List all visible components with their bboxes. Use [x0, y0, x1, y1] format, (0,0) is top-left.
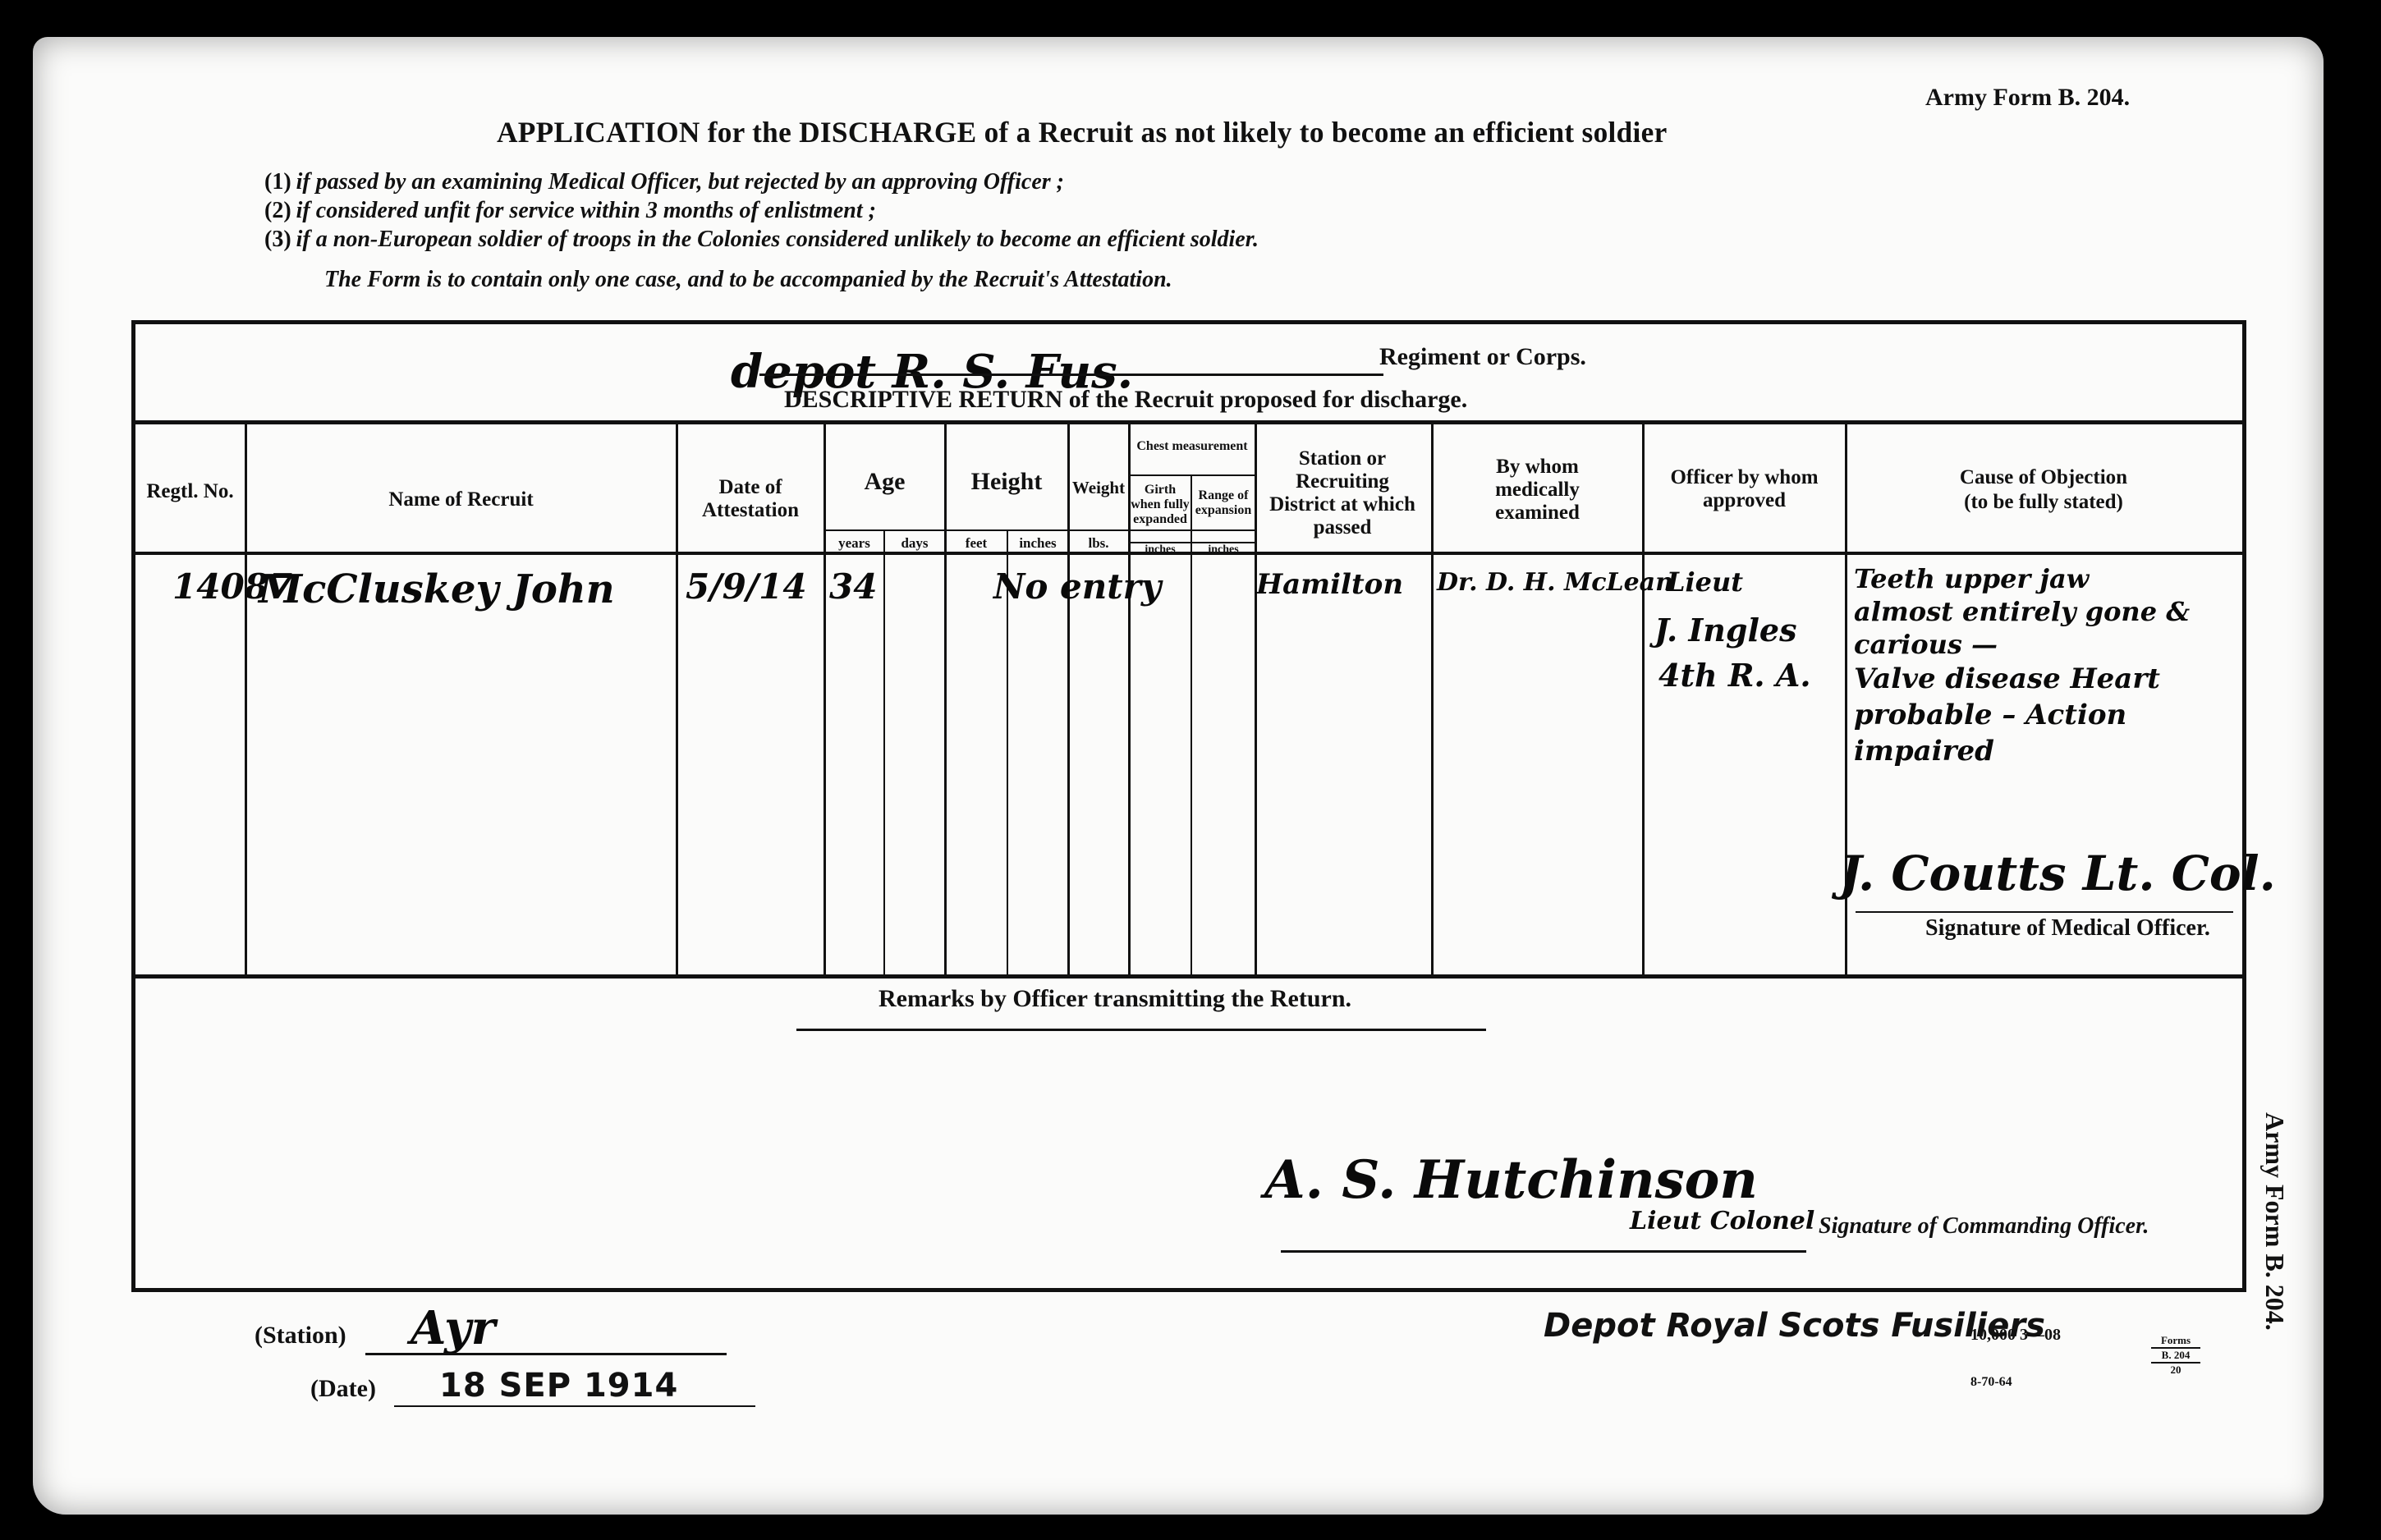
- col-divider: [1255, 424, 1257, 976]
- cell-station: Hamilton: [1256, 568, 1403, 601]
- forms-ref-bottom: 20: [2151, 1364, 2200, 1377]
- forms-reference: Forms B. 204 20: [2151, 1334, 2200, 1377]
- remarks-heading: Remarks by Officer transmitting the Retu…: [879, 985, 1351, 1013]
- condition-1: (1)if passed by an examining Medical Off…: [264, 168, 1064, 196]
- condition-text: if a non-European soldier of troops in t…: [296, 227, 1259, 252]
- cell-cause: Teeth upper jaw almost entirely gone & c…: [1854, 562, 2190, 769]
- commanding-officer-signature: A. S. Hutchinson: [1264, 1149, 1758, 1211]
- header-age: Age: [825, 468, 944, 496]
- header-regtl-no: Regtl. No.: [135, 480, 245, 503]
- cause-line: probable – Action: [1854, 697, 2190, 733]
- station-underline: [365, 1353, 727, 1355]
- regiment-label: Regiment or Corps.: [1379, 343, 1586, 371]
- print-code-secondary: 8-70-64: [1970, 1375, 2012, 1390]
- header-approved-by: Officer by whom approved: [1644, 466, 1845, 512]
- col-divider: [883, 529, 885, 976]
- cause-line: impaired: [1854, 733, 2190, 769]
- condition-3: (3)if a non-European soldier of troops i…: [264, 226, 1259, 254]
- medical-officer-label: Signature of Medical Officer.: [1925, 915, 2210, 942]
- header-age-years: years: [825, 535, 883, 552]
- station-label: (Station): [255, 1322, 346, 1350]
- header-name: Name of Recruit: [246, 488, 676, 511]
- header-height-feet: feet: [946, 535, 1007, 552]
- scan-edge: [2324, 0, 2381, 1540]
- commanding-officer-rank: Lieut Colonel: [1630, 1207, 1814, 1235]
- header-height-inches: inches: [1008, 535, 1067, 552]
- cause-line: Valve disease Heart: [1854, 661, 2190, 697]
- cause-line: Teeth upper jaw: [1854, 562, 2190, 595]
- cell-name: McCluskey John: [259, 566, 615, 612]
- cell-approved-by-rank: Lieut: [1667, 566, 1743, 598]
- header-weight-lbs: lbs.: [1069, 535, 1128, 552]
- form-note: The Form is to contain only one case, an…: [324, 267, 1172, 293]
- form-title: APPLICATION for the DISCHARGE of a Recru…: [497, 115, 1668, 149]
- cause-line: almost entirely gone &: [1854, 595, 2190, 628]
- regiment-underline: [759, 374, 1383, 376]
- header-date-attestation: Date of Attestation: [677, 476, 823, 522]
- header-chest-girth-unit: inches: [1130, 543, 1190, 557]
- condition-number: (2): [264, 198, 291, 223]
- condition-text: if passed by an examining Medical Office…: [296, 169, 1064, 195]
- header-chest-range-unit: inches: [1192, 543, 1255, 557]
- date-underline: [394, 1405, 755, 1407]
- print-code: 10,000 3—08: [1970, 1326, 2061, 1345]
- cell-date-attestation: 5/9/14: [686, 566, 807, 607]
- cell-approved-by-unit: 4th R. A.: [1658, 657, 1811, 694]
- station-value: Ayr: [411, 1301, 495, 1355]
- cause-line: carious —: [1854, 628, 2190, 661]
- col-divider: [1431, 424, 1434, 976]
- commanding-officer-label: Signature of Commanding Officer.: [1819, 1213, 2149, 1240]
- col-divider: [1067, 424, 1070, 976]
- header-cause: Cause of Objection: [1847, 466, 2241, 489]
- medical-officer-signature: J. Coutts Lt. Col.: [1839, 846, 2276, 901]
- remarks-underline: [796, 1029, 1486, 1031]
- table-top-rule: [135, 420, 2244, 424]
- cell-no-entry: No entry: [993, 566, 1161, 607]
- header-height: Height: [946, 468, 1067, 496]
- form-number: Army Form B. 204.: [1925, 84, 2130, 112]
- header-chest: Chest measurement: [1130, 439, 1255, 454]
- chest-subheader-rule: [1129, 474, 1256, 476]
- co-signature-line: [1281, 1250, 1806, 1253]
- medical-signature-line: [1856, 911, 2233, 913]
- header-station: Station or Recruiting District at which …: [1268, 447, 1416, 539]
- date-label: (Date): [310, 1375, 376, 1403]
- forms-ref-mid: B. 204: [2151, 1347, 2200, 1364]
- col-divider: [944, 424, 947, 976]
- cell-approved-by-name: J. Ingles: [1654, 612, 1796, 649]
- cell-age-years: 34: [829, 566, 877, 607]
- condition-text: if considered unfit for service within 3…: [296, 198, 876, 223]
- vertical-form-label: Army Form B. 204.: [2259, 1112, 2290, 1331]
- table-bottom-rule: [135, 974, 2244, 979]
- forms-ref-top: Forms: [2151, 1334, 2200, 1347]
- header-cause-sub: (to be fully stated): [1847, 491, 2241, 514]
- condition-number: (1): [264, 169, 291, 195]
- condition-2: (2)if considered unfit for service withi…: [264, 197, 876, 225]
- descriptive-return-heading: DESCRIPTIVE RETURN of the Recruit propos…: [784, 386, 1467, 414]
- header-weight: Weight: [1069, 476, 1128, 499]
- header-chest-girth: Girth when fully expanded: [1130, 483, 1190, 527]
- date-stamp: 18 SEP 1914: [439, 1367, 678, 1405]
- header-chest-range: Range of expansion: [1192, 488, 1255, 518]
- condition-number: (3): [264, 227, 291, 252]
- cell-examined-by: Dr. D. H. McLean: [1437, 568, 1673, 597]
- header-age-days: days: [885, 535, 944, 552]
- col-divider: [823, 424, 826, 976]
- header-examined-by: By whom medically examined: [1461, 456, 1613, 525]
